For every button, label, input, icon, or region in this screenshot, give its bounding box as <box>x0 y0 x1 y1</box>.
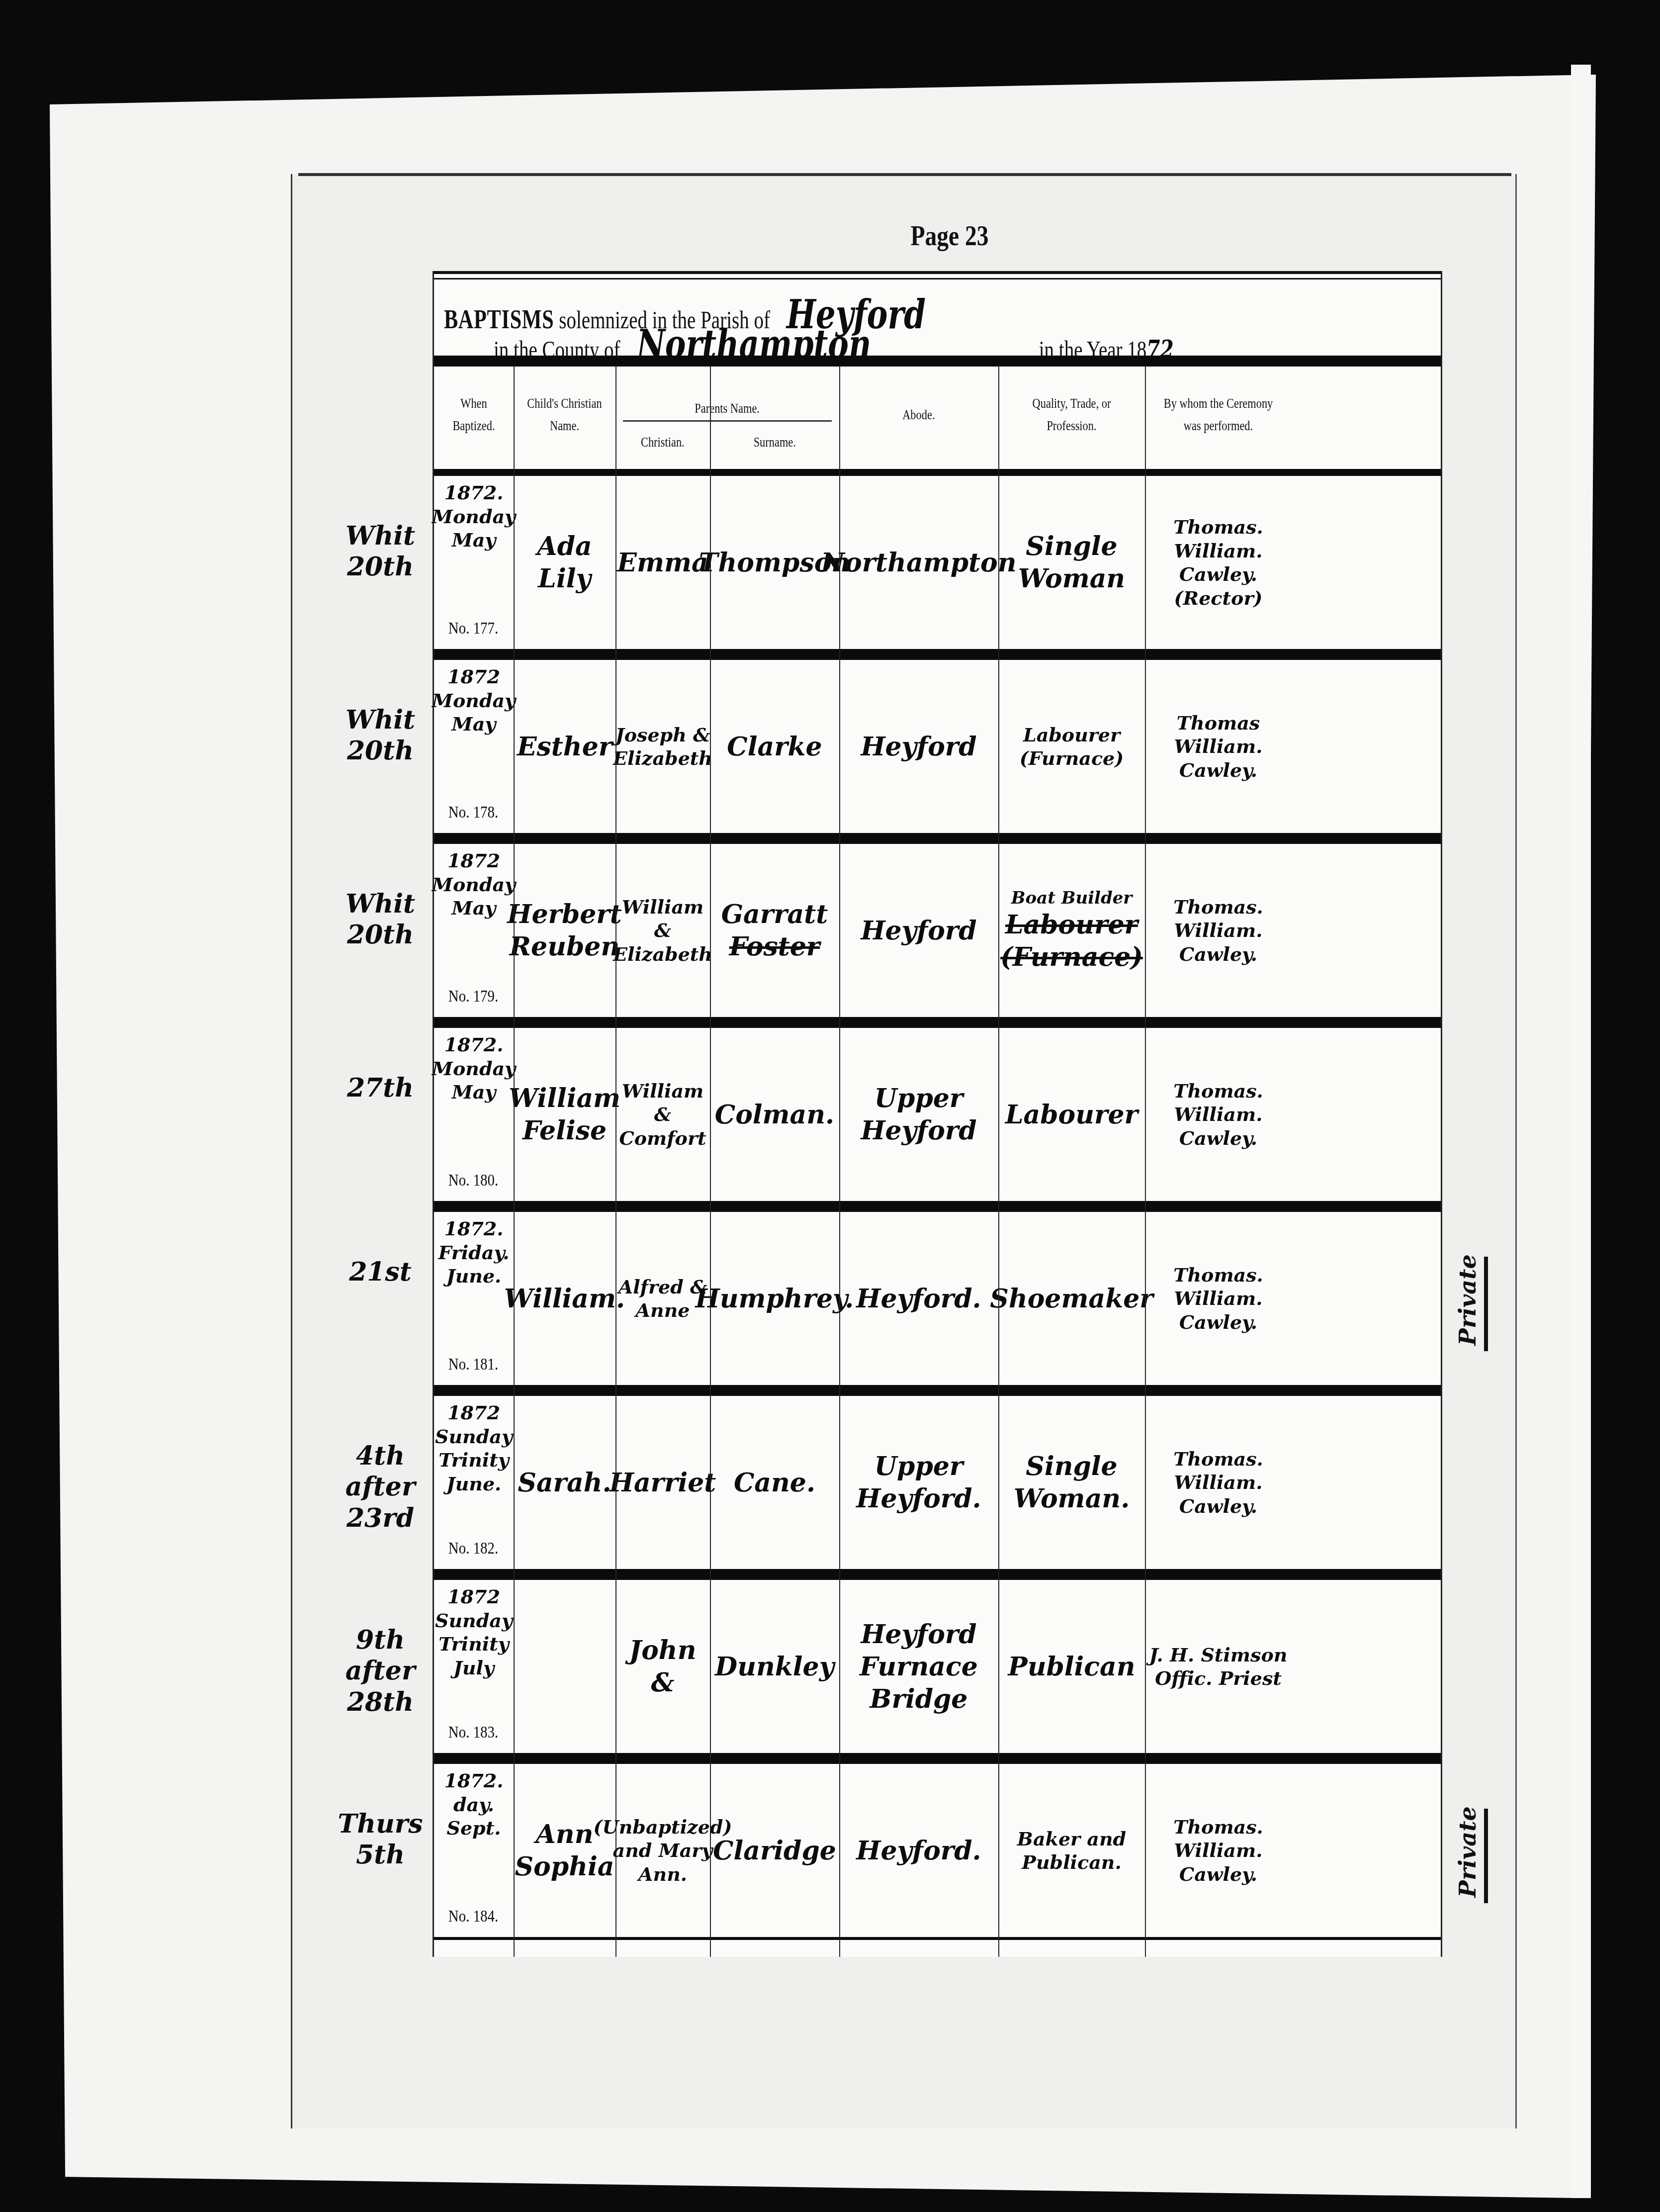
surname-cell: Claridge <box>710 1764 839 1937</box>
quality-cell: Labourer <box>998 1028 1145 1201</box>
abode-cell: Heyford. <box>839 1764 998 1937</box>
officiant-cell: J. H. Stimson Offic. Priest <box>1145 1580 1292 1753</box>
surname-text: Cane. <box>734 1467 815 1499</box>
header-bottom-rule <box>434 469 1441 476</box>
entry-number: No. 182. <box>448 1538 498 1560</box>
row-divider <box>434 649 1441 660</box>
child-name-cell: Sarah. <box>514 1396 615 1569</box>
surname-text: Humphrey. <box>696 1283 854 1315</box>
struck-quality: Labourer (Furnace) <box>998 909 1145 973</box>
column-rule <box>839 366 840 1957</box>
quality-text: Labourer (Furnace) <box>998 723 1145 770</box>
quality-text: Single Woman <box>998 530 1145 595</box>
parent-christian-cell: Harriet <box>615 1396 710 1569</box>
abode-cell: Upper Heyford <box>839 1028 998 1201</box>
margin-date-note: 4th after 23rd <box>328 1441 433 1534</box>
surname-cell: GarrattFoster <box>710 844 839 1017</box>
top-rule-inner <box>434 278 1441 279</box>
margin-date-note: 21st <box>328 1257 433 1288</box>
heading-divider <box>434 356 1441 367</box>
entry-number: No. 181. <box>448 1354 498 1376</box>
column-rule <box>514 366 515 1957</box>
margin-date-note: Whit 20th <box>328 705 433 767</box>
col-officiant: By whom the Ceremony was performed. <box>1145 366 1292 465</box>
table-row: 1872. Friday. June.No. 181.William.Alfre… <box>434 1212 1441 1385</box>
officiant-cell: Thomas William. Cawley. <box>1145 660 1292 833</box>
row-divider <box>434 1937 1441 1940</box>
surname-cell: Dunkley <box>710 1580 839 1753</box>
surname-text: Dunkley <box>715 1651 834 1683</box>
abode-cell: Heyford. <box>839 1212 998 1385</box>
when-baptized-cell: 1872. Friday. June.No. 181. <box>434 1212 514 1385</box>
col-childs-name: Child's Christian Name. <box>514 366 615 465</box>
when-baptized-cell: 1872. day. Sept.No. 184. <box>434 1764 514 1937</box>
table-row: 1872 Sunday Trinity JulyNo. 183.John &Du… <box>434 1580 1441 1753</box>
sheet-edge <box>1571 65 1591 2198</box>
table-row: 1872. Monday MayNo. 177.Ada LilyEmmaThom… <box>434 476 1441 649</box>
surname-text: Clarke <box>727 731 822 763</box>
child-name-cell: Esther <box>514 660 615 833</box>
col-parents-surname: Surname. <box>710 420 839 465</box>
margin-date-note: 9th after 28th <box>328 1625 433 1718</box>
baptism-register: BAPTISMS solemnized in the Parish of Hey… <box>433 271 1442 1957</box>
when-baptized-cell: 1872 Sunday Trinity June.No. 182. <box>434 1396 514 1569</box>
surname-cell: Thompson <box>710 476 839 649</box>
when-baptized-cell: 1872. Monday MayNo. 177. <box>434 476 514 649</box>
when-baptized-cell: 1872. Monday MayNo. 180. <box>434 1028 514 1201</box>
surname-text: Garratt <box>721 898 828 930</box>
table-row: 1872 Sunday Trinity June.No. 182.Sarah.H… <box>434 1396 1441 1569</box>
private-side-note: Private <box>1454 1806 1481 1897</box>
row-divider <box>434 1385 1441 1396</box>
officiant-cell: Thomas. William. Cawley. <box>1145 1212 1292 1385</box>
quality-text: Boat Builder <box>1011 888 1133 909</box>
margin-date-note: Whit 20th <box>328 889 433 951</box>
surname-cell: Clarke <box>710 660 839 833</box>
col-quality: Quality, Trade, or Profession. <box>998 366 1145 465</box>
quality-cell: Boat BuilderLabourer (Furnace) <box>998 844 1145 1017</box>
row-divider <box>434 1017 1441 1028</box>
quality-text: Publican <box>1008 1651 1136 1683</box>
entry-number: No. 184. <box>448 1906 498 1928</box>
surname-text: Claridge <box>713 1835 836 1867</box>
private-side-note: Private <box>1454 1254 1481 1345</box>
col-parents-christian: Christian. <box>615 420 710 465</box>
officiant-cell: Thomas. William. Cawley. <box>1145 1028 1292 1201</box>
entry-number: No. 178. <box>448 802 498 824</box>
child-name-cell: William. <box>514 1212 615 1385</box>
abode-cell: Heyford Furnace Bridge <box>839 1580 998 1753</box>
col-abode: Abode. <box>839 366 998 465</box>
column-rule <box>998 366 999 1957</box>
column-rule <box>710 366 711 1957</box>
col-when-baptized: When Baptized. <box>434 366 514 465</box>
officiant-cell: Thomas. William. Cawley. <box>1145 1764 1292 1937</box>
column-rule <box>1145 366 1146 1957</box>
abode-cell: Heyford <box>839 660 998 833</box>
margin-mark <box>1484 1257 1488 1351</box>
surname-cell: Cane. <box>710 1396 839 1569</box>
col-parents-name: Parents Name. <box>615 366 839 420</box>
child-name-cell <box>514 1580 615 1753</box>
table-row: 1872. day. Sept.No. 184.Ann Sophia(Unbap… <box>434 1764 1441 1937</box>
frame-top-rule <box>298 173 1511 176</box>
quality-cell: Single Woman. <box>998 1396 1145 1569</box>
quality-cell: Single Woman <box>998 476 1145 649</box>
column-rule <box>615 366 616 1957</box>
margin-date-note: Thurs 5th <box>328 1809 433 1871</box>
abode-cell: Upper Heyford. <box>839 1396 998 1569</box>
quality-text: Shoemaker <box>990 1283 1153 1315</box>
parent-christian-cell: John & <box>615 1580 710 1753</box>
parents-subrule <box>623 420 832 422</box>
officiant-cell: Thomas. William. Cawley. <box>1145 844 1292 1017</box>
page-number: Page 23 <box>888 219 1011 252</box>
entry-number: No. 183. <box>448 1722 498 1744</box>
margin-mark <box>1484 1809 1488 1903</box>
row-divider <box>434 1569 1441 1580</box>
child-name-cell: Herbert Reuben <box>514 844 615 1017</box>
abode-cell: Northampton <box>839 476 998 649</box>
margin-date-note: 27th <box>328 1073 433 1104</box>
surname-cell: Humphrey. <box>710 1212 839 1385</box>
abode-cell: Heyford <box>839 844 998 1017</box>
quality-cell: Baker and Publican. <box>998 1764 1145 1937</box>
when-baptized-cell: 1872 Monday MayNo. 178. <box>434 660 514 833</box>
margin-date-note: Whit 20th <box>328 521 433 583</box>
parent-christian-cell: (Unbaptized) and Mary Ann. <box>615 1764 710 1937</box>
row-divider <box>434 1753 1441 1764</box>
parent-christian-cell: Joseph & Elizabeth <box>615 660 710 833</box>
table-row: 1872 Monday MayNo. 178.EstherJoseph & El… <box>434 660 1441 833</box>
quality-cell: Shoemaker <box>998 1212 1145 1385</box>
table-row: 1872. Monday MayNo. 180.William FeliseWi… <box>434 1028 1441 1201</box>
surname-cell: Colman. <box>710 1028 839 1201</box>
child-name-cell: William Felise <box>514 1028 615 1201</box>
quality-text: Baker and Publican. <box>998 1827 1145 1874</box>
officiant-cell: Thomas. William. Cawley. (Rector) <box>1145 476 1292 649</box>
row-divider <box>434 833 1441 844</box>
entry-number: No. 179. <box>448 986 498 1008</box>
entry-number: No. 177. <box>448 618 498 640</box>
when-baptized-cell: 1872 Monday MayNo. 179. <box>434 844 514 1017</box>
officiant-cell: Thomas. William. Cawley. <box>1145 1396 1292 1569</box>
quality-text: Single Woman. <box>998 1450 1145 1515</box>
quality-cell: Labourer (Furnace) <box>998 660 1145 833</box>
parent-christian-cell: Emma <box>615 476 710 649</box>
when-baptized-cell: 1872 Sunday Trinity JulyNo. 183. <box>434 1580 514 1753</box>
row-divider <box>434 1201 1441 1212</box>
parent-christian-cell: William & Comfort <box>615 1028 710 1201</box>
quality-cell: Publican <box>998 1580 1145 1753</box>
parent-christian-cell: William & Elizabeth <box>615 844 710 1017</box>
entry-number: No. 180. <box>448 1170 498 1192</box>
child-name-cell: Ada Lily <box>514 476 615 649</box>
table-row: 1872 Monday MayNo. 179.Herbert ReubenWil… <box>434 844 1441 1017</box>
column-headers: When Baptized. Child's Christian Name. P… <box>434 366 1441 465</box>
top-rule <box>434 271 1441 274</box>
struck-surname: Foster <box>729 930 820 963</box>
surname-text: Colman. <box>715 1099 834 1131</box>
quality-text: Labourer <box>1005 1099 1138 1131</box>
